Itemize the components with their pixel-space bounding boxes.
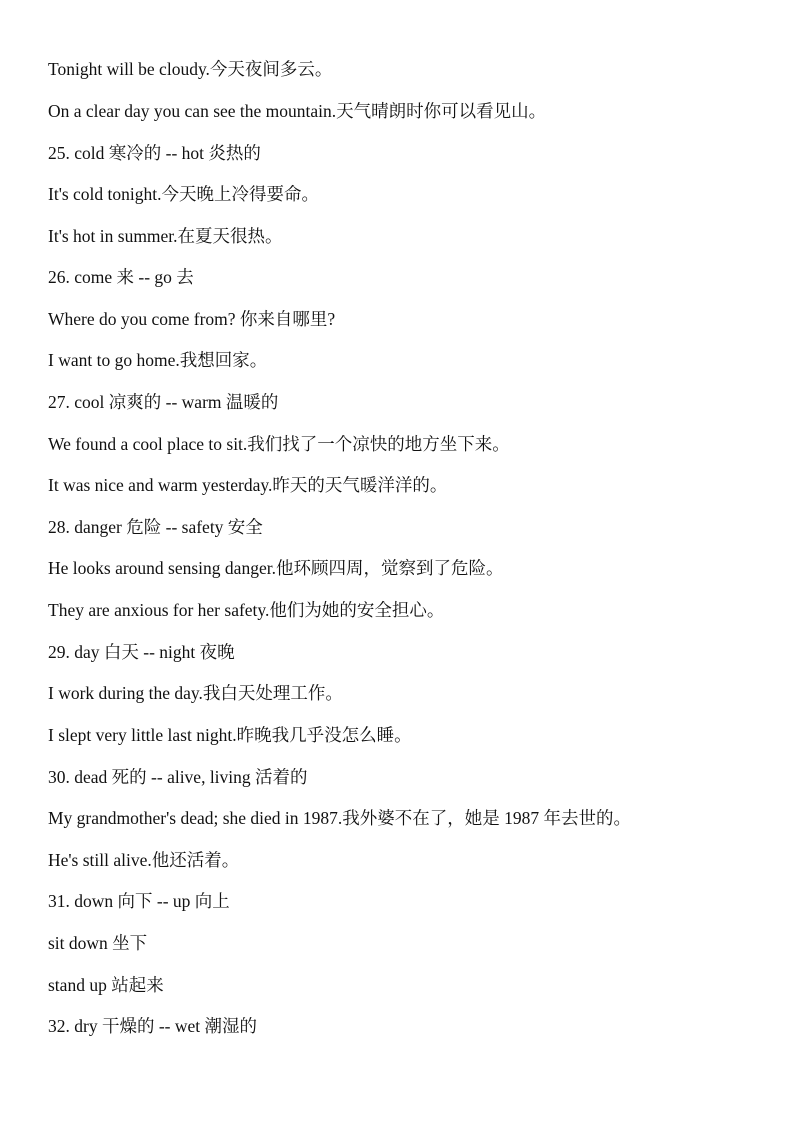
vocab-entry-28: 28. danger 危险 -- safety 安全 — [48, 515, 263, 539]
vocab-entry-26: 26. come 来 -- go 去 — [48, 265, 194, 289]
example-sentence: Tonight will be cloudy.今天夜间多云。 — [48, 57, 332, 81]
example-sentence: My grandmother's dead; she died in 1987.… — [48, 806, 631, 830]
example-phrase: sit down 坐下 — [48, 931, 147, 955]
example-sentence: I work during the day.我白天处理工作。 — [48, 681, 343, 705]
example-sentence: We found a cool place to sit.我们找了一个凉快的地方… — [48, 432, 510, 456]
example-sentence: They are anxious for her safety.他们为她的安全担… — [48, 598, 444, 622]
example-sentence: He looks around sensing danger.他环顾四周，觉察到… — [48, 556, 503, 580]
example-sentence: I want to go home.我想回家。 — [48, 348, 267, 372]
example-sentence: Where do you come from? 你来自哪里? — [48, 307, 335, 331]
example-phrase: stand up 站起来 — [48, 973, 164, 997]
example-sentence: It was nice and warm yesterday.昨天的天气暖洋洋的… — [48, 473, 447, 497]
example-sentence: On a clear day you can see the mountain.… — [48, 99, 546, 123]
example-sentence: It's hot in summer.在夏天很热。 — [48, 224, 283, 248]
vocab-entry-27: 27. cool 凉爽的 -- warm 温暖的 — [48, 390, 278, 414]
example-sentence: It's cold tonight.今天晚上冷得要命。 — [48, 182, 319, 206]
example-sentence: I slept very little last night.昨晚我几乎没怎么睡… — [48, 723, 412, 747]
vocab-entry-32: 32. dry 干燥的 -- wet 潮湿的 — [48, 1014, 257, 1038]
example-sentence: He's still alive.他还活着。 — [48, 848, 239, 872]
vocab-entry-30: 30. dead 死的 -- alive, living 活着的 — [48, 765, 308, 789]
vocab-entry-31: 31. down 向下 -- up 向上 — [48, 889, 230, 913]
vocab-entry-29: 29. day 白天 -- night 夜晚 — [48, 640, 235, 664]
vocab-entry-25: 25. cold 寒冷的 -- hot 炎热的 — [48, 141, 261, 165]
